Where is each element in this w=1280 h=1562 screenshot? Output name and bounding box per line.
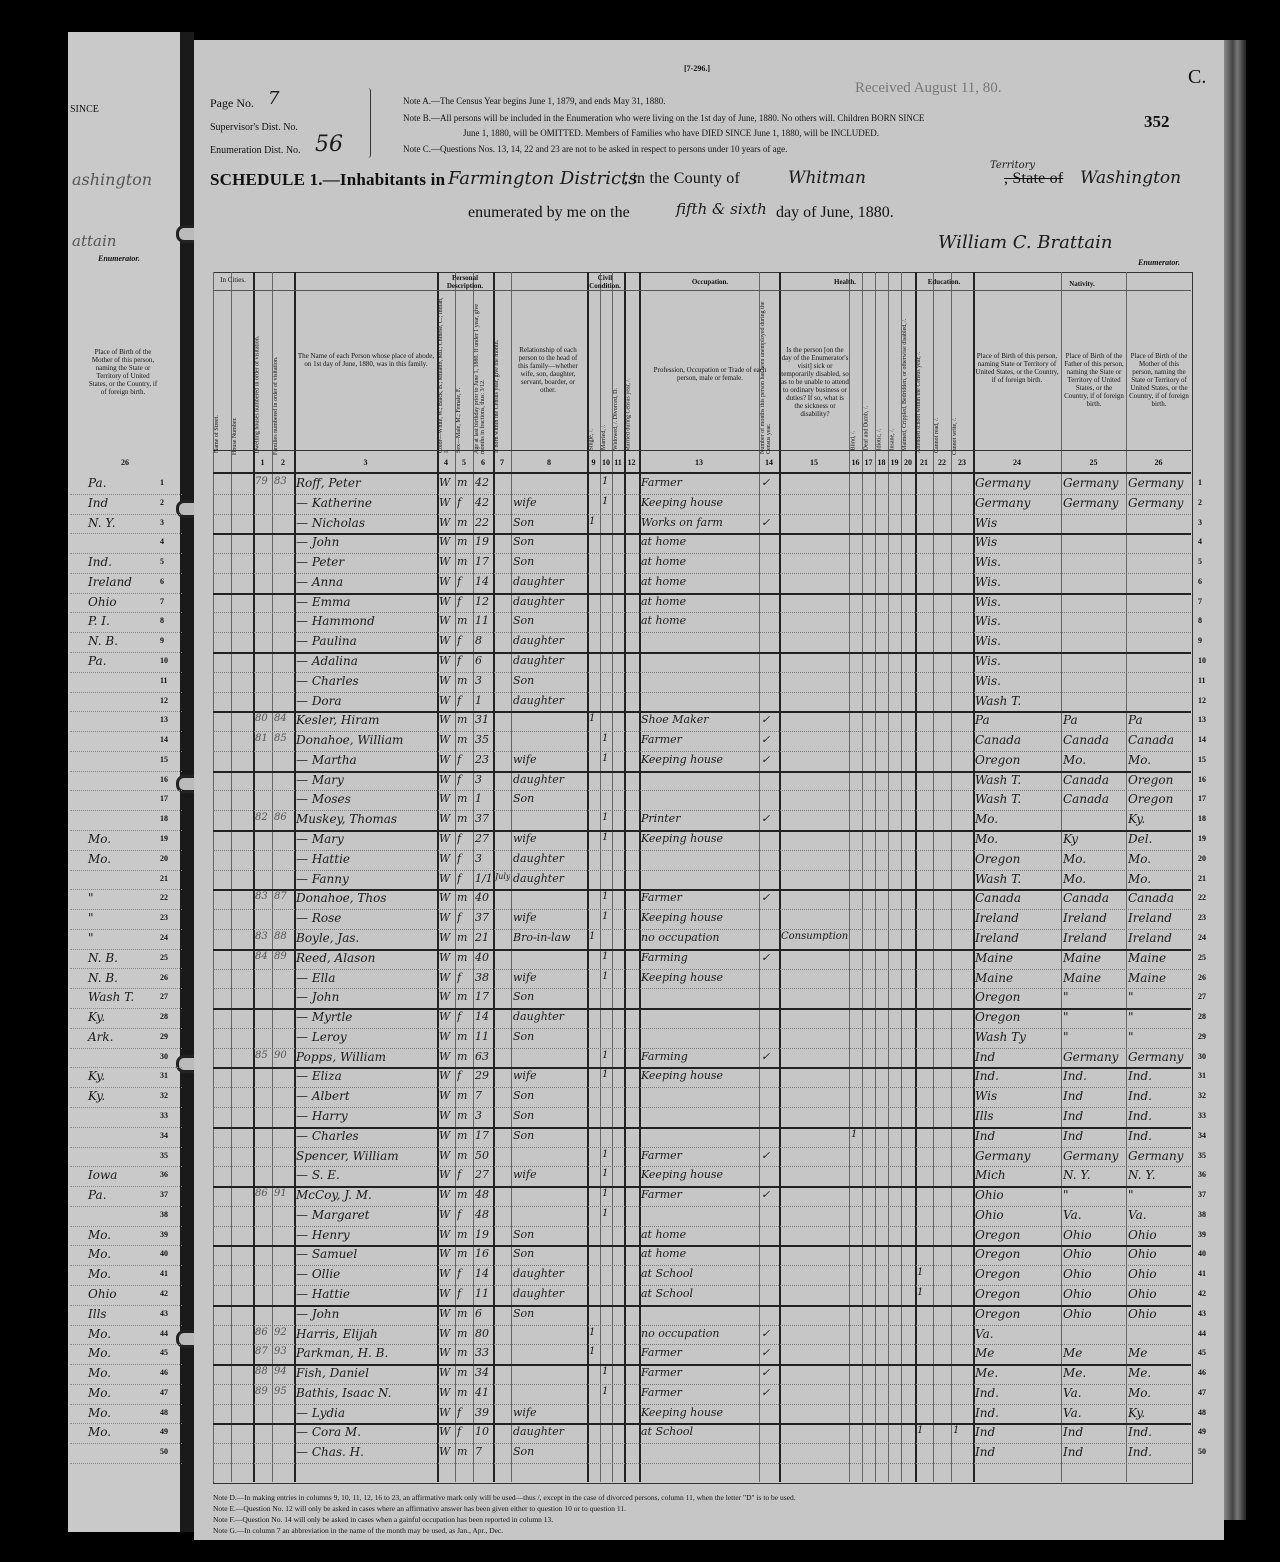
cell-age: 8 bbox=[475, 634, 492, 647]
cell-name: — Fanny bbox=[296, 872, 436, 886]
cell-age: 33 bbox=[475, 1346, 492, 1359]
row-number: 34 bbox=[1198, 1131, 1206, 1140]
cell-dw: 84 bbox=[255, 951, 271, 962]
c18-header: Idiotic, /. bbox=[876, 291, 887, 451]
cell-rel: Son bbox=[513, 1030, 586, 1043]
cell-mpob: Germany bbox=[1128, 476, 1190, 490]
cell-name: — Rose bbox=[296, 911, 436, 925]
cell-unemp: ✓ bbox=[761, 891, 778, 904]
cell-school: 1 bbox=[917, 1267, 932, 1278]
cell-sex: f bbox=[457, 753, 472, 766]
c23-header: Cannot write, /. bbox=[952, 295, 972, 455]
cell-sex: m bbox=[457, 1386, 472, 1399]
cell-rel: Son bbox=[513, 792, 586, 805]
cell-pob: Me. bbox=[975, 1366, 1060, 1380]
group-header-divider bbox=[213, 290, 1191, 291]
cell-mpob: Ohio bbox=[1128, 1307, 1190, 1321]
cell-mpob: " bbox=[1128, 990, 1190, 1004]
row-number: 47 bbox=[1198, 1388, 1206, 1397]
cell-occ: Farmer bbox=[641, 891, 758, 904]
cell-name: — John bbox=[296, 535, 436, 549]
row-number: 33 bbox=[1198, 1111, 1206, 1120]
column-number: 14 bbox=[759, 458, 779, 467]
cell-fam: 83 bbox=[274, 476, 293, 487]
cell-sex: m bbox=[457, 713, 472, 726]
row-divider bbox=[213, 1463, 1191, 1465]
cell-age: 1 bbox=[475, 792, 492, 805]
row-number: 23 bbox=[1198, 913, 1206, 922]
table-row: 8691McCoy, J. M.Wm481Farmer✓Ohio""37 bbox=[0, 1186, 1280, 1206]
column-number: 1 bbox=[253, 458, 272, 467]
cell-age: 50 bbox=[475, 1149, 492, 1162]
column-number: 8 bbox=[511, 458, 587, 467]
cell-fam: 88 bbox=[274, 931, 293, 942]
cell-pob: Oregon bbox=[975, 1287, 1060, 1301]
cell-occ: at School bbox=[641, 1425, 758, 1438]
cell-fpob: Germany bbox=[1063, 1149, 1125, 1163]
cell-married: 1 bbox=[602, 812, 611, 823]
cell-fpob: Germany bbox=[1063, 1050, 1125, 1064]
header-divider bbox=[213, 450, 1191, 451]
cell-sex: m bbox=[457, 1129, 472, 1142]
cell-name: — S. E. bbox=[296, 1168, 436, 1182]
cell-fpob: Ind bbox=[1063, 1109, 1125, 1123]
cell-rel: Son bbox=[513, 674, 586, 687]
cell-name: Fish, Daniel bbox=[296, 1366, 436, 1380]
column-number: 15 bbox=[779, 458, 849, 467]
cell-sex: m bbox=[457, 990, 472, 1003]
cell-rel: daughter bbox=[513, 595, 586, 608]
cell-married: 1 bbox=[602, 971, 611, 982]
cell-pob: Wash Ty bbox=[975, 1030, 1060, 1044]
cell-fpob: Mo. bbox=[1063, 852, 1125, 866]
cell-name: Boyle, Jas. bbox=[296, 931, 436, 945]
table-row: — MaryWf3daughterWash T.CanadaOregon16 bbox=[0, 771, 1280, 791]
cell-dw: 86 bbox=[255, 1327, 271, 1338]
cell-name: — Charles bbox=[296, 1129, 436, 1143]
county-label: , in the County of bbox=[624, 170, 740, 188]
cell-pob: Oregon bbox=[975, 1267, 1060, 1281]
cell-mpob: " bbox=[1128, 1188, 1190, 1202]
table-row: — AlbertWm7SonWisIndInd.32 bbox=[0, 1087, 1280, 1107]
cell-name: — Samuel bbox=[296, 1247, 436, 1261]
table-row: — NicholasWm22Son1Works on farm✓Wis3 bbox=[0, 514, 1280, 534]
table-row: — LydiaWf39wifeKeeping houseInd.Va.Ky.48 bbox=[0, 1404, 1280, 1424]
cell-occ: Farming bbox=[641, 1050, 758, 1063]
column-number: 13 bbox=[639, 458, 759, 467]
column-number: 3 bbox=[294, 458, 437, 467]
cell-occ: Keeping house bbox=[641, 1069, 758, 1082]
cell-fpob: Me bbox=[1063, 1346, 1125, 1360]
cell-sex: m bbox=[457, 812, 472, 825]
column-number: 16 bbox=[849, 458, 862, 467]
cell-dw: 80 bbox=[255, 713, 271, 724]
cell-pob: Wash T. bbox=[975, 773, 1060, 787]
footer-notes: Note D.—In making entries in columns 9, … bbox=[213, 1492, 796, 1536]
column-number: 26 bbox=[1126, 458, 1191, 467]
cell-fpob: Germany bbox=[1063, 496, 1125, 510]
table-row: — PaulinaWf8daughterWis.9 bbox=[0, 632, 1280, 652]
cell-color: W bbox=[439, 812, 454, 825]
cell-age: 19 bbox=[475, 535, 492, 548]
cell-occ: Farmer bbox=[641, 476, 758, 489]
cell-rel: daughter bbox=[513, 1267, 586, 1280]
cell-name: Roff, Peter bbox=[296, 476, 436, 490]
state-value: Washington bbox=[1080, 168, 1181, 188]
cell-occ: Keeping house bbox=[641, 832, 758, 845]
cell-color: W bbox=[439, 872, 454, 885]
row-number: 46 bbox=[1198, 1368, 1206, 1377]
cell-sex: f bbox=[457, 852, 472, 865]
cell-unemp: ✓ bbox=[761, 476, 778, 489]
cell-dw: 89 bbox=[255, 1386, 271, 1397]
cell-age: 48 bbox=[475, 1188, 492, 1201]
cell-color: W bbox=[439, 595, 454, 608]
table-row: — FannyWf1/12JulydaughterWash T.Mo.Mo.21 bbox=[0, 870, 1280, 890]
cell-name: — Adalina bbox=[296, 654, 436, 668]
cell-age: 3 bbox=[475, 852, 492, 865]
column-number: 19 bbox=[888, 458, 901, 467]
cell-name: Donahoe, Thos bbox=[296, 891, 436, 905]
table-row: — ElizaWf29wife1Keeping houseInd.Ind.Ind… bbox=[0, 1067, 1280, 1087]
cell-occ: Farmer bbox=[641, 733, 758, 746]
cell-color: W bbox=[439, 1208, 454, 1221]
cell-fpob: Canada bbox=[1063, 792, 1125, 806]
cell-occ: at home bbox=[641, 1228, 758, 1241]
c6-header: Age at last birthday prior to June 1, 18… bbox=[474, 294, 492, 454]
note-a: Note A.—The Census Year begins June 1, 1… bbox=[403, 96, 665, 106]
group-personal-description: Personal Description. bbox=[438, 274, 492, 290]
row-number: 1 bbox=[1198, 478, 1202, 487]
cell-color: W bbox=[439, 1386, 454, 1399]
cell-single: 1 bbox=[589, 1346, 599, 1357]
cell-color: W bbox=[439, 575, 454, 588]
column-number: 22 bbox=[933, 458, 951, 467]
cell-name: — Katherine bbox=[296, 496, 436, 510]
row-number: 20 bbox=[1198, 854, 1206, 863]
cell-occ: Keeping house bbox=[641, 971, 758, 984]
c21-header: Attended school within the Census year, … bbox=[916, 293, 932, 453]
cell-age: 21 bbox=[475, 931, 492, 944]
cell-mpob: Va. bbox=[1128, 1208, 1190, 1222]
cell-sex: f bbox=[457, 971, 472, 984]
cell-rel: wife bbox=[513, 911, 586, 924]
cell-pob: Wis. bbox=[975, 595, 1060, 609]
cell-sex: f bbox=[457, 1010, 472, 1023]
cell-fpob: Ind bbox=[1063, 1089, 1125, 1103]
column-number: 9 bbox=[587, 458, 600, 467]
cell-mpob: Maine bbox=[1128, 971, 1190, 985]
table-row: — JohnWm19Sonat homeWis4 bbox=[0, 533, 1280, 553]
cell-married: 1 bbox=[602, 911, 611, 922]
row-number: 28 bbox=[1198, 1012, 1206, 1021]
cell-unemp: ✓ bbox=[761, 516, 778, 529]
column-number: 24 bbox=[973, 458, 1061, 467]
cell-fpob: " bbox=[1063, 1188, 1125, 1202]
cell-fpob: Ind. bbox=[1063, 1069, 1125, 1083]
cell-occ: at home bbox=[641, 575, 758, 588]
enumerated-suffix: day of June, 1880. bbox=[776, 204, 894, 222]
cell-sex: m bbox=[457, 555, 472, 568]
table-row: — MarthaWf23wife1Keeping house✓OregonMo.… bbox=[0, 751, 1280, 771]
note-g: Note G.—In column 7 an abbreviation in t… bbox=[213, 1525, 796, 1536]
cell-color: W bbox=[439, 1030, 454, 1043]
column-number: 2 bbox=[272, 458, 294, 467]
cell-fpob: Me. bbox=[1063, 1366, 1125, 1380]
cell-occ: no occupation bbox=[641, 931, 758, 944]
cell-color: W bbox=[439, 614, 454, 627]
enumeration-dist-value: 56 bbox=[315, 132, 343, 157]
cell-sex: m bbox=[457, 1327, 472, 1340]
table-row: — JohnWm6SonOregonOhioOhio43 bbox=[0, 1305, 1280, 1325]
cell-sex: m bbox=[457, 1445, 472, 1458]
table-row: — EllaWf38wife1Keeping houseMaineMaineMa… bbox=[0, 969, 1280, 989]
cell-rel: wife bbox=[513, 1168, 586, 1181]
cell-name: — Eliza bbox=[296, 1069, 436, 1083]
cell-fpob: Ohio bbox=[1063, 1228, 1125, 1242]
table-row: — CharlesWm17Son1IndIndInd.34 bbox=[0, 1127, 1280, 1147]
cell-color: W bbox=[439, 990, 454, 1003]
cell-sex: f bbox=[457, 1069, 472, 1082]
cell-age: 11 bbox=[475, 1030, 492, 1043]
cell-mpob: Mo. bbox=[1128, 872, 1190, 886]
cell-color: W bbox=[439, 496, 454, 509]
cell-pob: Wis. bbox=[975, 654, 1060, 668]
cell-age: 35 bbox=[475, 733, 492, 746]
cell-color: W bbox=[439, 1267, 454, 1280]
note-d: Note D.—In making entries in columns 9, … bbox=[213, 1492, 796, 1503]
left-page-col26-header: Place of Birth of the Mother of this per… bbox=[88, 348, 158, 396]
cell-fpob: Va. bbox=[1063, 1386, 1125, 1400]
c1-header: Dwelling houses numbered in order of vis… bbox=[254, 294, 271, 454]
cell-mpob: Mo. bbox=[1128, 1386, 1190, 1400]
cell-age: 22 bbox=[475, 516, 492, 529]
note-b-line2: June 1, 1880, will be OMITTED. Members o… bbox=[463, 128, 879, 138]
cell-mpob: Me. bbox=[1128, 1366, 1190, 1380]
table-row: — Cora M.Wf10daughterat School11IndIndIn… bbox=[0, 1423, 1280, 1443]
cell-color: W bbox=[439, 951, 454, 964]
cell-fpob: Ireland bbox=[1063, 911, 1125, 925]
c-house-header: House Number. bbox=[232, 295, 252, 455]
cell-fpob: Ohio bbox=[1063, 1307, 1125, 1321]
cell-married: 1 bbox=[602, 1168, 611, 1179]
cell-color: W bbox=[439, 1089, 454, 1102]
cell-age: 63 bbox=[475, 1050, 492, 1063]
cell-name: Bathis, Isaac N. bbox=[296, 1386, 436, 1400]
row-number: 50 bbox=[1198, 1447, 1206, 1456]
cell-pob: Ind bbox=[975, 1445, 1060, 1459]
cell-sex: f bbox=[457, 595, 472, 608]
cell-name: — Nicholas bbox=[296, 516, 436, 530]
column-number: 6 bbox=[473, 458, 493, 467]
cell-name: — Hammond bbox=[296, 614, 436, 628]
cell-age: 7 bbox=[475, 1445, 492, 1458]
cell-rel: daughter bbox=[513, 1287, 586, 1300]
cell-color: W bbox=[439, 1247, 454, 1260]
cell-sex: m bbox=[457, 1307, 472, 1320]
column-number: 17 bbox=[862, 458, 875, 467]
table-row: — S. E.Wf27wife1Keeping houseMichN. Y.N.… bbox=[0, 1166, 1280, 1186]
cell-sex: f bbox=[457, 1168, 472, 1181]
cell-mpob: Ireland bbox=[1128, 911, 1190, 925]
enumerator-signature: William C. Brattain bbox=[938, 232, 1112, 253]
column-number: 25 bbox=[1061, 458, 1126, 467]
table-row: — LeroyWm11SonWash Ty""29 bbox=[0, 1028, 1280, 1048]
cell-blind: 1 bbox=[851, 1129, 861, 1140]
col15-header: Is the person [on the day of the Enumera… bbox=[781, 346, 849, 418]
cell-mpob: Mo. bbox=[1128, 753, 1190, 767]
cell-fpob: " bbox=[1063, 1030, 1125, 1044]
cell-name: Reed, Alason bbox=[296, 951, 436, 965]
cell-fam: 94 bbox=[274, 1366, 293, 1377]
cell-pob: Oregon bbox=[975, 852, 1060, 866]
enumerated-prefix: enumerated by me on the bbox=[468, 204, 630, 222]
cell-color: W bbox=[439, 634, 454, 647]
cell-pob: Oregon bbox=[975, 1307, 1060, 1321]
cell-color: W bbox=[439, 1406, 454, 1419]
cell-rel: Son bbox=[513, 1445, 586, 1458]
cell-rel: wife bbox=[513, 753, 586, 766]
cell-color: W bbox=[439, 1366, 454, 1379]
column-number: 5 bbox=[455, 458, 473, 467]
cell-name: — Lydia bbox=[296, 1406, 436, 1420]
c17-header: Deaf and Dumb, /. bbox=[863, 291, 874, 451]
cell-color: W bbox=[439, 1168, 454, 1181]
cell-dw: 81 bbox=[255, 733, 271, 744]
cell-fam: 91 bbox=[274, 1188, 293, 1199]
cell-age: 11 bbox=[475, 1287, 492, 1300]
row-number: 30 bbox=[1198, 1052, 1206, 1061]
cell-mpob: Pa bbox=[1128, 713, 1190, 727]
column-number: 7 bbox=[493, 458, 511, 467]
cell-rel: Bro-in-law bbox=[513, 931, 586, 944]
cell-pob: Canada bbox=[975, 733, 1060, 747]
cell-occ: Printer bbox=[641, 812, 758, 825]
row-number: 17 bbox=[1198, 794, 1206, 803]
table-row: — MosesWm1SonWash T.CanadaOregon17 bbox=[0, 790, 1280, 810]
col25-header: Place of Birth of the Father of this per… bbox=[1063, 352, 1125, 408]
cell-occ: Farmer bbox=[641, 1346, 758, 1359]
cell-pob: Canada bbox=[975, 891, 1060, 905]
cell-name: — Cora M. bbox=[296, 1425, 436, 1439]
cell-color: W bbox=[439, 476, 454, 489]
cell-occ: no occupation bbox=[641, 1327, 758, 1340]
cell-married: 1 bbox=[602, 733, 611, 744]
cell-married: 1 bbox=[602, 951, 611, 962]
cell-pob: Wash T. bbox=[975, 872, 1060, 886]
cell-married: 1 bbox=[602, 1366, 611, 1377]
cell-rel: Son bbox=[513, 555, 586, 568]
cell-sex: f bbox=[457, 694, 472, 707]
cell-pob: Wis. bbox=[975, 634, 1060, 648]
cell-age: 3 bbox=[475, 1109, 492, 1122]
cell-pob: Ind. bbox=[975, 1406, 1060, 1420]
cell-age: 10 bbox=[475, 1425, 492, 1438]
cell-age: 29 bbox=[475, 1069, 492, 1082]
cell-sex: m bbox=[457, 1030, 472, 1043]
cell-fpob: Maine bbox=[1063, 971, 1125, 985]
cell-occ: Farmer bbox=[641, 1149, 758, 1162]
cell-sex: f bbox=[457, 1208, 472, 1221]
cell-mpob: Ohio bbox=[1128, 1247, 1190, 1261]
cell-mpob: Germany bbox=[1128, 1149, 1190, 1163]
table-row: 8388Boyle, Jas.Wm21Bro-in-law1no occupat… bbox=[0, 929, 1280, 949]
cell-pob: Ind bbox=[975, 1425, 1060, 1439]
cell-name: — Ella bbox=[296, 971, 436, 985]
cell-pob: Oregon bbox=[975, 1247, 1060, 1261]
cell-occ: Keeping house bbox=[641, 753, 758, 766]
cell-married: 1 bbox=[602, 891, 611, 902]
cell-sex: f bbox=[457, 1425, 472, 1438]
cell-fam: 89 bbox=[274, 951, 293, 962]
cell-pob: Ind bbox=[975, 1050, 1060, 1064]
row-number: 43 bbox=[1198, 1309, 1206, 1318]
row-number: 9 bbox=[1198, 636, 1202, 645]
cell-age: 23 bbox=[475, 753, 492, 766]
cell-sex: m bbox=[457, 931, 472, 944]
cell-pob: Oregon bbox=[975, 990, 1060, 1004]
cell-name: — Paulina bbox=[296, 634, 436, 648]
cell-occ: Works on farm bbox=[641, 516, 758, 529]
enumerator-label: Enumerator. bbox=[1138, 258, 1180, 267]
cell-sick: Consumption bbox=[781, 931, 848, 942]
cell-pob: Germany bbox=[975, 496, 1060, 510]
left-page-signature-fragment: attain bbox=[72, 232, 116, 250]
cell-rel: daughter bbox=[513, 694, 586, 707]
cell-sex: m bbox=[457, 1228, 472, 1241]
cell-pob: Ohio bbox=[975, 1208, 1060, 1222]
cell-name: — Henry bbox=[296, 1228, 436, 1242]
col3-header: The Name of each Person whose place of a… bbox=[296, 352, 436, 368]
cell-born-month: July bbox=[495, 872, 510, 881]
table-row: 8387Donahoe, ThosWm401Farmer✓CanadaCanad… bbox=[0, 889, 1280, 909]
cell-name: — Ollie bbox=[296, 1267, 436, 1281]
c14-header: Number of months this person has been un… bbox=[760, 294, 778, 454]
row-number: 5 bbox=[1198, 557, 1202, 566]
received-stamp: Received August 11, 80. bbox=[855, 80, 1002, 97]
cell-name: — Myrtle bbox=[296, 1010, 436, 1024]
cell-sex: m bbox=[457, 1109, 472, 1122]
corner-letter: C. bbox=[1188, 66, 1206, 89]
cell-color: W bbox=[439, 713, 454, 726]
cell-rel: daughter bbox=[513, 852, 586, 865]
cell-mpob: Oregon bbox=[1128, 792, 1190, 806]
cell-color: W bbox=[439, 1425, 454, 1438]
cell-color: W bbox=[439, 674, 454, 687]
row-number: 11 bbox=[1198, 676, 1206, 685]
cell-name: McCoy, J. M. bbox=[296, 1188, 436, 1202]
row-number: 8 bbox=[1198, 616, 1202, 625]
cell-occ: at home bbox=[641, 614, 758, 627]
cell-mpob: Ireland bbox=[1128, 931, 1190, 945]
cell-mpob: Ind. bbox=[1128, 1069, 1190, 1083]
row-number: 21 bbox=[1198, 874, 1206, 883]
cell-pob: Va. bbox=[975, 1327, 1060, 1341]
cell-fpob: Ohio bbox=[1063, 1247, 1125, 1261]
cell-color: W bbox=[439, 555, 454, 568]
cell-color: W bbox=[439, 694, 454, 707]
cell-dw: 82 bbox=[255, 812, 271, 823]
cell-mpob: Ohio bbox=[1128, 1267, 1190, 1281]
cell-color: W bbox=[439, 516, 454, 529]
cell-married: 1 bbox=[602, 1188, 611, 1199]
cell-occ: at home bbox=[641, 555, 758, 568]
cell-mpob: Mo. bbox=[1128, 852, 1190, 866]
cell-rel: wife bbox=[513, 971, 586, 984]
cell-name: — Charles bbox=[296, 674, 436, 688]
cell-color: W bbox=[439, 1228, 454, 1241]
cell-rel: daughter bbox=[513, 575, 586, 588]
